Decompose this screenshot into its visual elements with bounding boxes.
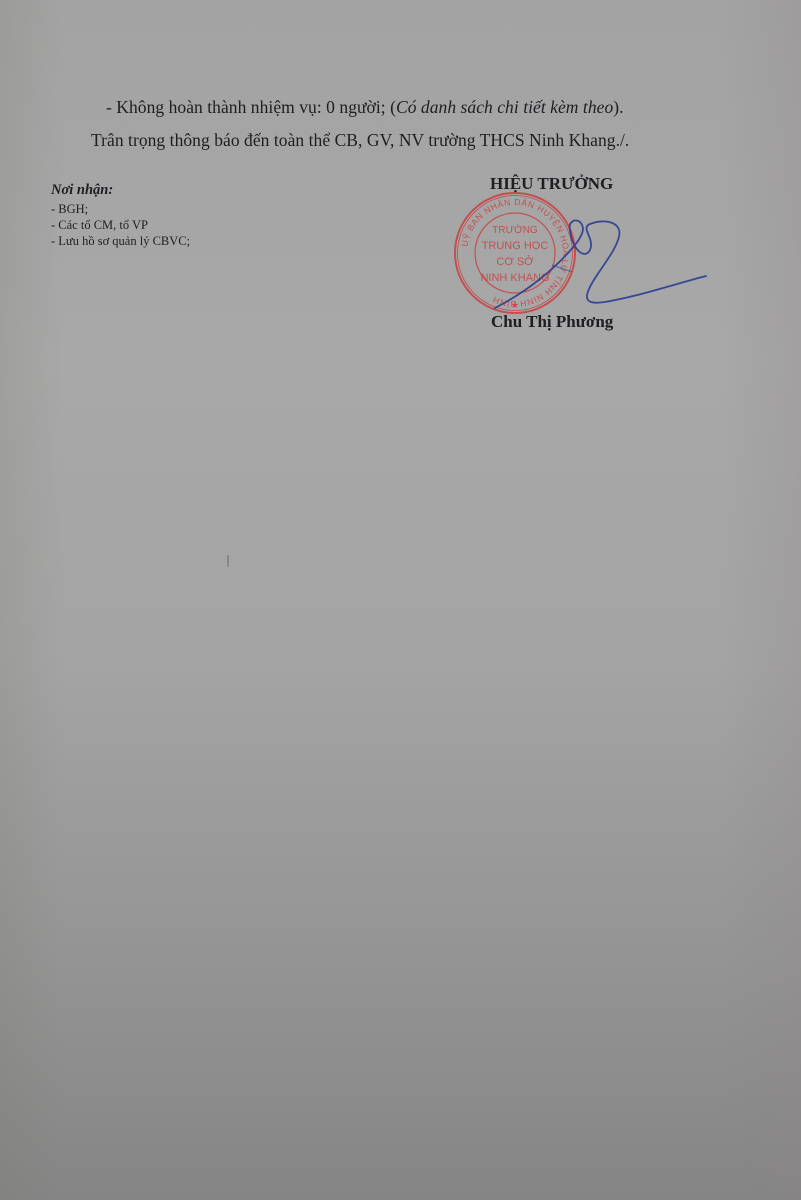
recipient-item: - BGH; bbox=[51, 201, 190, 217]
line1-text: - Không hoàn thành nhiệm vụ: 0 người; ( bbox=[106, 97, 396, 117]
handwritten-signature-icon bbox=[490, 210, 720, 320]
recipients-block: Nơi nhận: - BGH; - Các tổ CM, tổ VP - Lư… bbox=[51, 182, 190, 249]
recipients-title: Nơi nhận: bbox=[51, 182, 190, 199]
paper-shading bbox=[0, 0, 801, 1200]
signer-name: Chu Thị Phương bbox=[491, 312, 613, 332]
recipient-item: - Các tổ CM, tổ VP bbox=[51, 217, 190, 233]
paper-speck bbox=[227, 555, 229, 567]
recipient-item: - Lưu hồ sơ quản lý CBVC; bbox=[51, 233, 190, 249]
announcement-line: Trân trọng thông báo đến toàn thể CB, GV… bbox=[91, 130, 629, 151]
line1-italic-note: Có danh sách chi tiết kèm theo bbox=[396, 97, 613, 117]
line1-suffix: ). bbox=[613, 97, 623, 117]
incomplete-tasks-line: - Không hoàn thành nhiệm vụ: 0 người; (C… bbox=[106, 97, 624, 118]
